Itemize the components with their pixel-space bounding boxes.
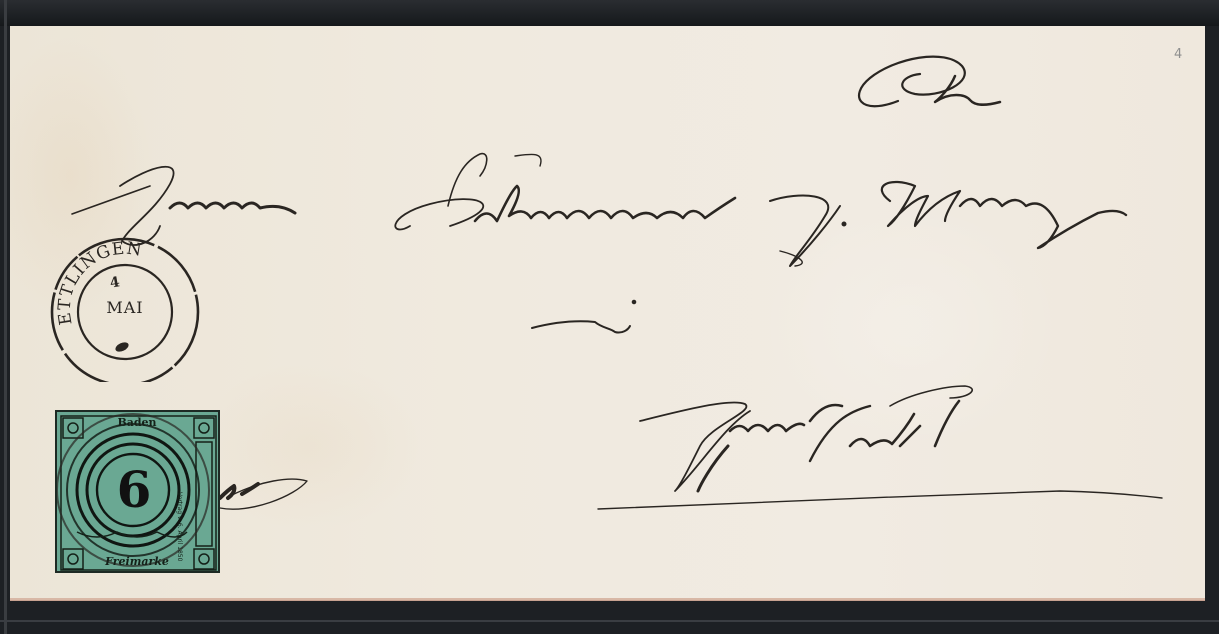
mount-frame-edge (4, 0, 7, 634)
mount-frame-edge-bottom (0, 620, 1219, 622)
stamp-country-label: Baden (85, 416, 189, 429)
postal-cover: 4 ETTLINGEN 4 MAI (10, 26, 1205, 600)
stamp-bottom-label: Freimarke (85, 555, 189, 568)
postmark-month: MAI (98, 298, 152, 317)
page-number: 4 (1174, 47, 1182, 62)
postmark-ettlingen: ETTLINGEN 4 MAI (50, 232, 200, 382)
mount-frame-top (0, 0, 1219, 26)
postage-stamp-6-kreuzer: Baden 6 Vertrag v. 6. April 1850 Freimar… (55, 410, 220, 573)
stamp-denomination: 6 (109, 460, 159, 519)
